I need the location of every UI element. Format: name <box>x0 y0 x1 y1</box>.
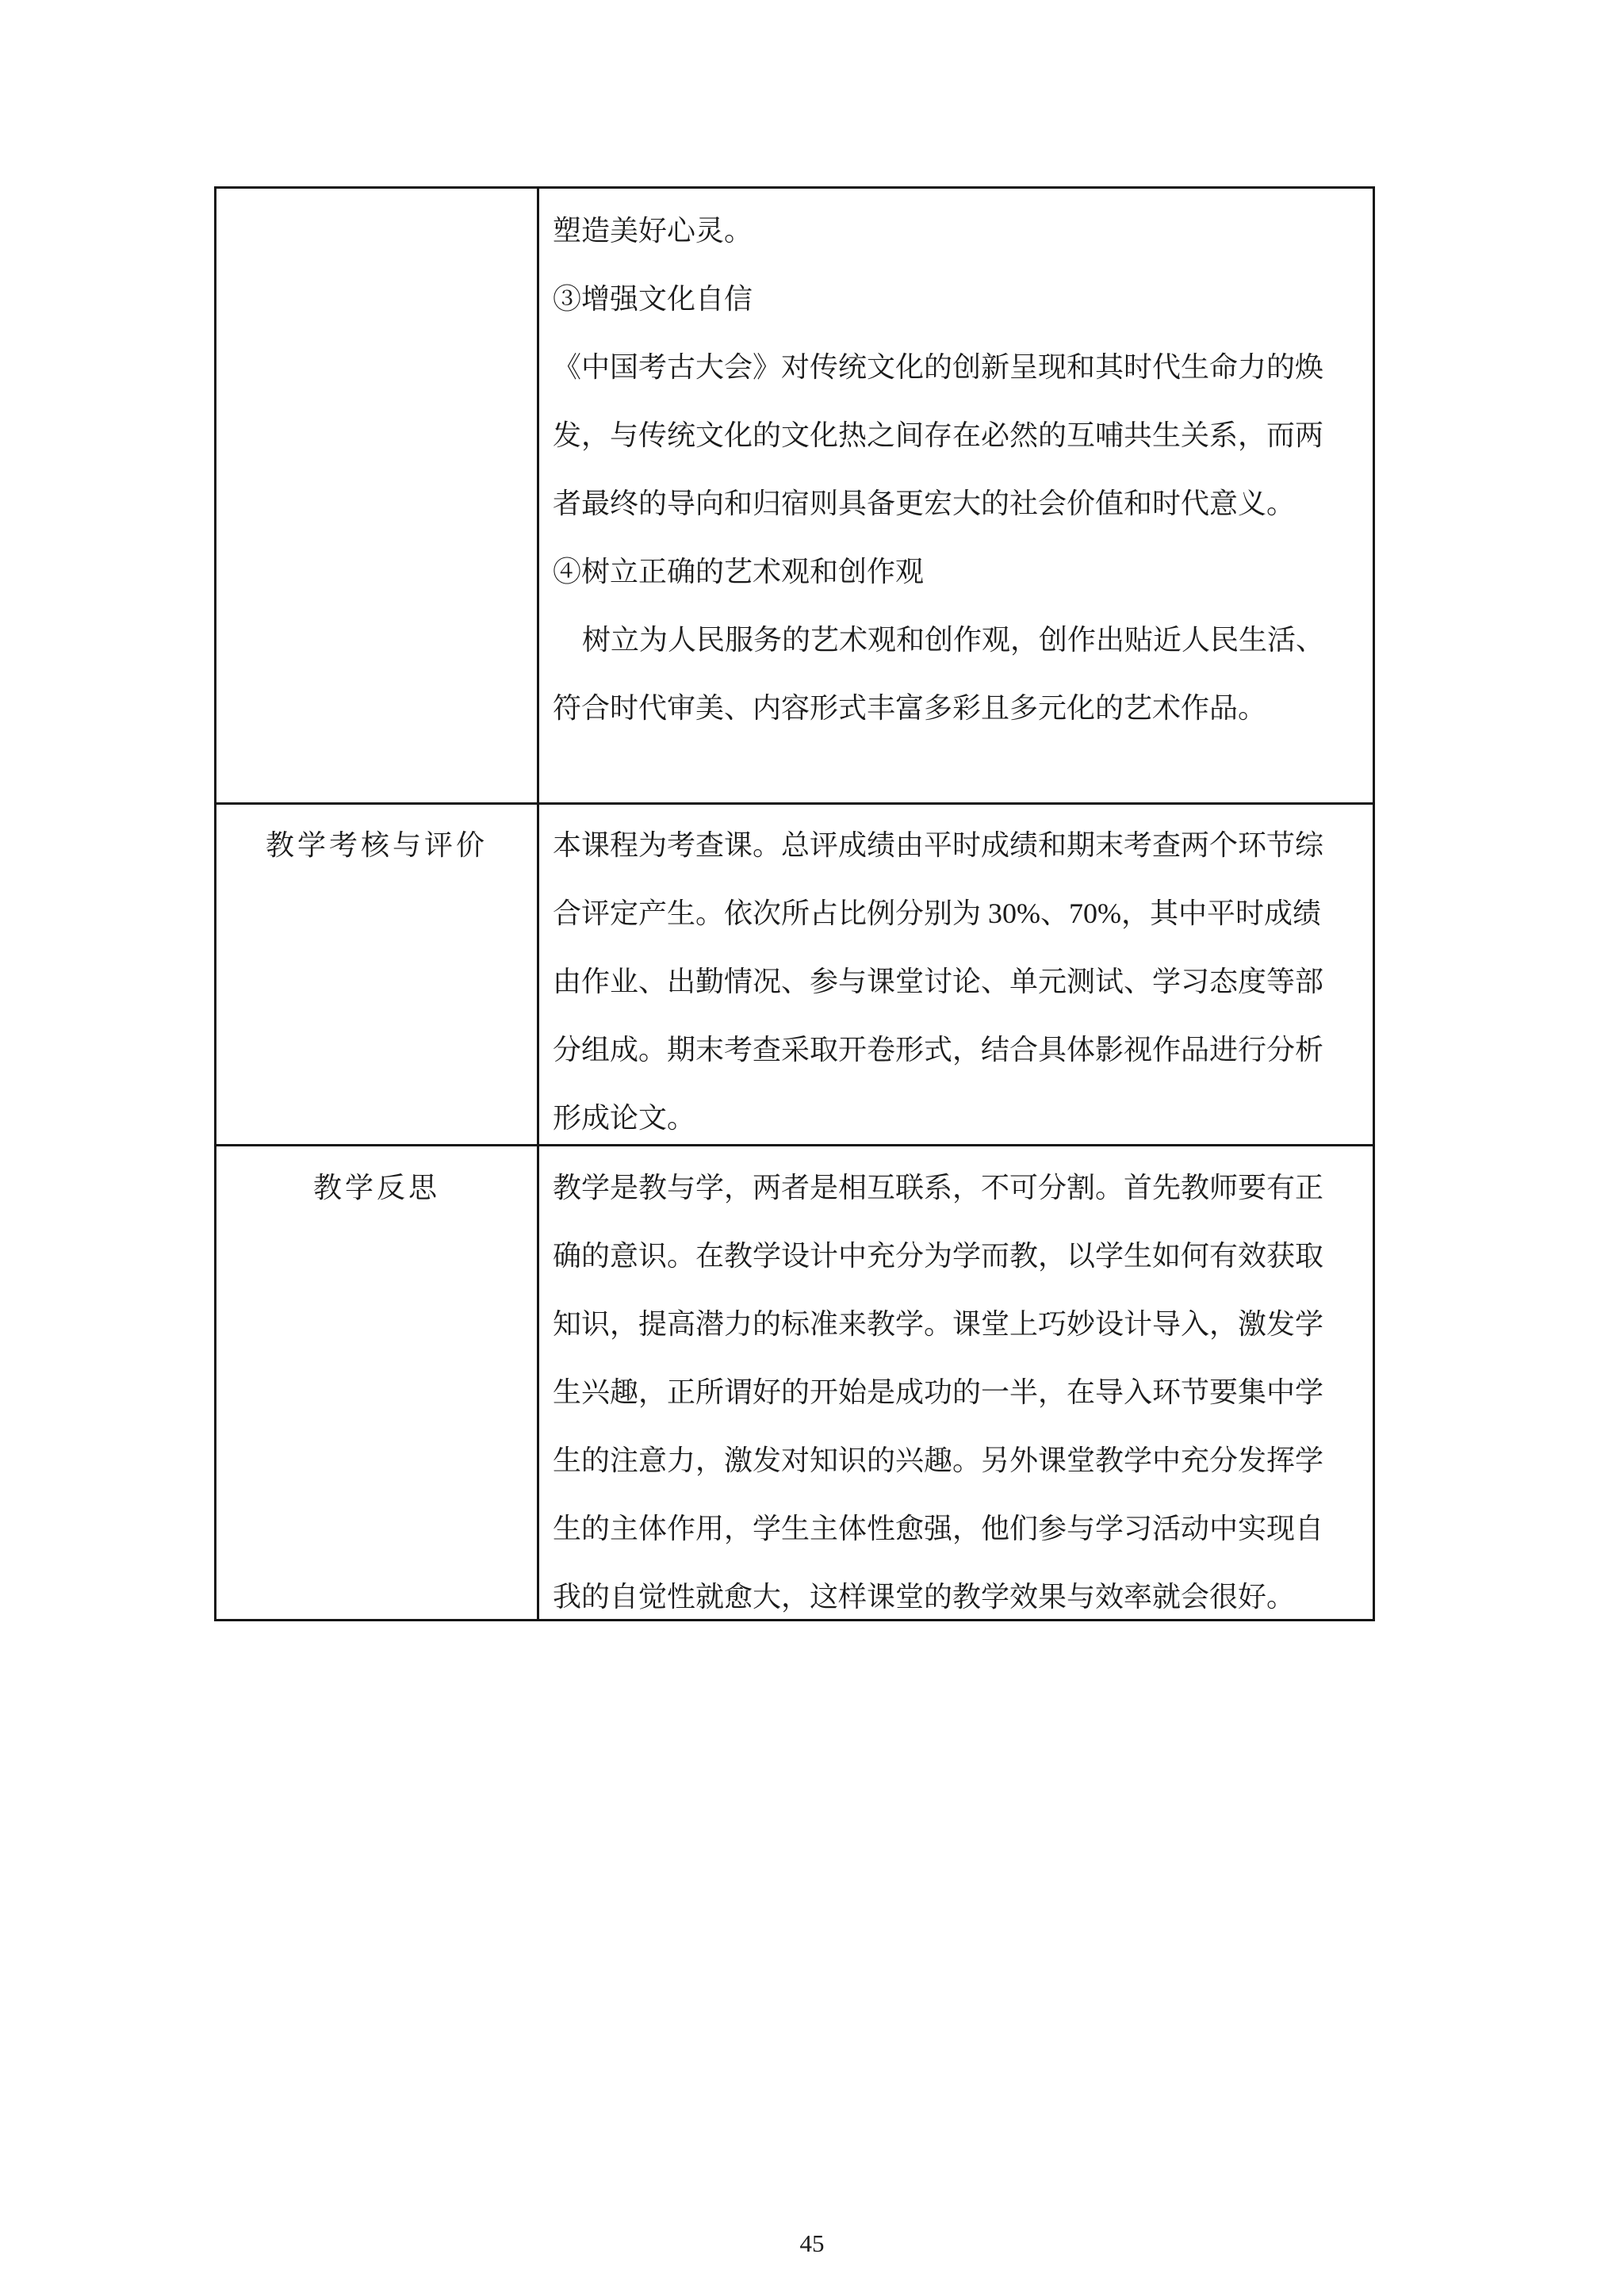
body-text-line: 教学是教与学，两者是相互联系，不可分割。首先教师要有正 <box>553 1154 1368 1222</box>
row-label-cell-assessment: 教学考核与评价 <box>216 805 539 1144</box>
body-text-line: 分组成。期末考查采取开卷形式，结合具体影视作品进行分析 <box>553 1016 1368 1084</box>
body-text-line: 我的自觉性就愈大，这样课堂的教学效果与效率就会很好。 <box>553 1563 1368 1619</box>
body-text-line: 生的注意力，激发对知识的兴趣。另外课堂教学中充分发挥学 <box>553 1426 1368 1494</box>
row-label-cell-empty <box>216 189 539 802</box>
body-text-line: ④树立正确的艺术观和创作观 <box>553 538 1368 606</box>
body-text-line: ③增强文化自信 <box>553 265 1368 333</box>
body-text-line: 符合时代审美、内容形式丰富多彩且多元化的艺术作品。 <box>553 674 1368 742</box>
body-text-line: 本课程为考查课。总评成绩由平时成绩和期末考查两个环节综 <box>553 811 1368 879</box>
body-text-line: 生的主体作用，学生主体性愈强，他们参与学习活动中实现自 <box>553 1494 1368 1563</box>
body-text-line: 由作业、出勤情况、参与课堂讨论、单元测试、学习态度等部 <box>553 947 1368 1016</box>
row-label: 教学反思 <box>216 1154 537 1222</box>
row-body-cell: 教学是教与学，两者是相互联系，不可分割。首先教师要有正 确的意识。在教学设计中充… <box>539 1146 1373 1619</box>
body-text-line: 生兴趣，正所谓好的开始是成功的一半，在导入环节要集中学 <box>553 1358 1368 1426</box>
body-text-line: 确的意识。在教学设计中充分为学而教，以学生如何有效获取 <box>553 1222 1368 1290</box>
table-row-reflection: 教学反思 教学是教与学，两者是相互联系，不可分割。首先教师要有正 确的意识。在教… <box>216 1146 1373 1619</box>
body-text-line: 塑造美好心灵。 <box>553 197 1368 265</box>
body-text-line: 树立为人民服务的艺术观和创作观，创作出贴近人民生活、 <box>553 606 1368 674</box>
row-label-cell-reflection: 教学反思 <box>216 1146 539 1619</box>
page-number: 45 <box>0 2229 1624 2258</box>
body-text-line: 合评定产生。依次所占比例分别为 30%、70%，其中平时成绩 <box>553 879 1368 947</box>
table-row-assessment: 教学考核与评价 本课程为考查课。总评成绩由平时成绩和期末考查两个环节综 合评定产… <box>216 805 1373 1146</box>
body-text-line: 《中国考古大会》对传统文化的创新呈现和其时代生命力的焕 <box>553 333 1368 401</box>
document-page: 塑造美好心灵。 ③增强文化自信 《中国考古大会》对传统文化的创新呈现和其时代生命… <box>0 0 1624 2296</box>
body-text-line: 发，与传统文化的文化热之间存在必然的互哺共生关系，而两 <box>553 401 1368 469</box>
table-row-continuation: 塑造美好心灵。 ③增强文化自信 《中国考古大会》对传统文化的创新呈现和其时代生命… <box>216 189 1373 805</box>
body-text-line: 形成论文。 <box>553 1084 1368 1144</box>
row-label: 教学考核与评价 <box>216 811 537 879</box>
course-summary-table: 塑造美好心灵。 ③增强文化自信 《中国考古大会》对传统文化的创新呈现和其时代生命… <box>214 186 1375 1621</box>
row-body-cell: 塑造美好心灵。 ③增强文化自信 《中国考古大会》对传统文化的创新呈现和其时代生命… <box>539 189 1373 802</box>
body-text-line: 知识，提高潜力的标准来教学。课堂上巧妙设计导入，激发学 <box>553 1290 1368 1358</box>
body-text-line: 者最终的导向和归宿则具备更宏大的社会价值和时代意义。 <box>553 469 1368 538</box>
row-body-cell: 本课程为考查课。总评成绩由平时成绩和期末考查两个环节综 合评定产生。依次所占比例… <box>539 805 1373 1144</box>
